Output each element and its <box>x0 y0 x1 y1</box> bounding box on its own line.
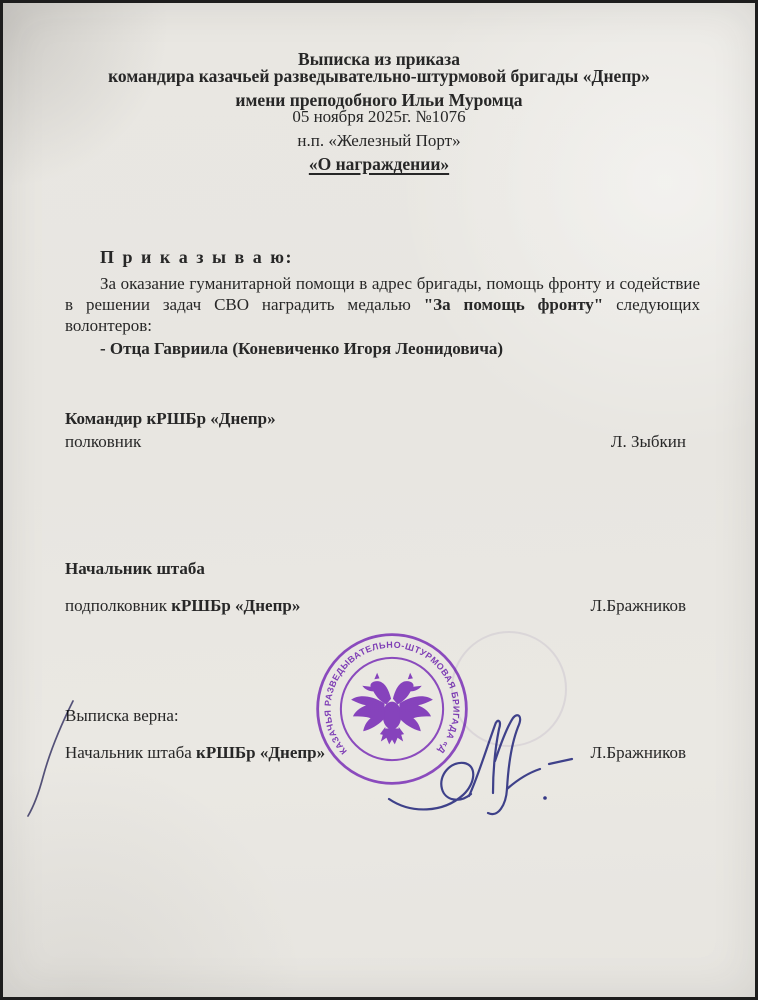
directive-word: П р и к а з ы в а ю: <box>65 247 700 268</box>
order-paragraph: За оказание гуманитарной помощи в адрес … <box>65 273 700 336</box>
commander-signature-block: Командир кРШБр «Днепр» полковник Л. Зыбк… <box>65 409 700 451</box>
header-title-line2: командира казачьей разведывательно-штурм… <box>3 66 755 86</box>
chief-of-staff-rank-row: подполковник кРШБр «Днепр» Л.Бражников <box>65 596 700 615</box>
chief-of-staff-rank: подполковник <box>65 596 171 615</box>
chief-of-staff-rank-unit: подполковник кРШБр «Днепр» <box>65 596 300 615</box>
commander-name: Л. Зыбкин <box>611 432 686 451</box>
certification-title: Начальник штаба кРШБр «Днепр» <box>65 743 325 762</box>
certification-title-unit: кРШБр «Днепр» <box>196 743 325 762</box>
commander-title: Командир кРШБр «Днепр» <box>65 409 700 428</box>
header-date-line: 05 ноября 2025г. №1076 <box>3 107 755 127</box>
chief-of-staff-title: Начальник штаба <box>65 559 700 578</box>
handwritten-signature <box>381 701 611 836</box>
order-body: П р и к а з ы в а ю: За оказание гуманит… <box>65 247 700 359</box>
pen-stroke-mark <box>21 693 93 825</box>
document-page: Выписка из приказа командира казачьей ра… <box>0 0 758 1000</box>
commander-rank-row: полковник Л. Зыбкин <box>65 432 700 451</box>
header-location-line: н.п. «Железный Порт» <box>3 131 755 151</box>
header-subject-line: «О награждении» <box>3 154 755 174</box>
medal-name: "За помощь фронту" <box>424 295 603 314</box>
awardee-line: - Отца Гавриила (Коневиченко Игоря Леони… <box>65 338 700 359</box>
chief-of-staff-unit: кРШБр «Днепр» <box>171 596 300 615</box>
chief-of-staff-signature-block: Начальник штаба подполковник кРШБр «Днеп… <box>65 559 700 615</box>
chief-of-staff-name: Л.Бражников <box>591 596 686 615</box>
commander-rank: полковник <box>65 432 141 451</box>
